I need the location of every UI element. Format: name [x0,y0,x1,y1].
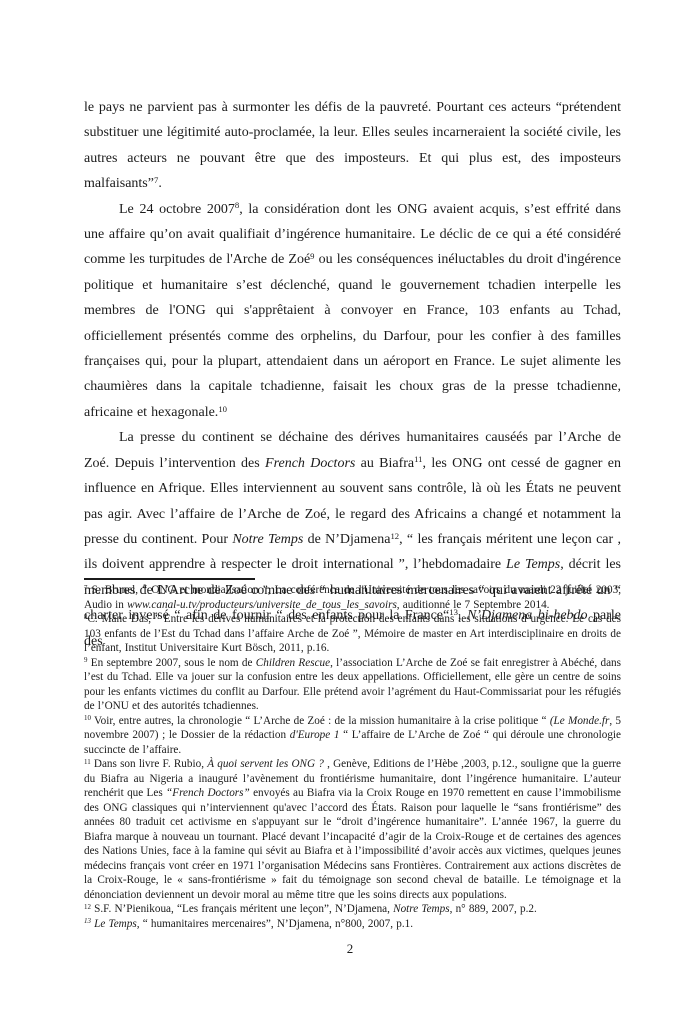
text-run: . [158,176,162,191]
text-run: Notre Temps [393,903,449,915]
footnote-ref: 7 [154,175,158,185]
footnote-ref: 13 [84,917,91,925]
footnote-7: 7 S. Brunel, “ ONG et mondialisation ”, … [84,583,621,612]
text-run: , n° 889, 2007, p.2. [450,903,537,915]
footnote-separator [84,578,255,580]
footnote-ref: 12 [84,903,91,911]
footnote-12: 12 S.F. N’Pienikoua, “Les français mérit… [84,902,621,917]
footnote-9: 9 En septembre 2007, sous le nom de Chil… [84,656,621,714]
text-run: “French Doctors” [166,787,250,799]
text-run: Dans son livre F. Rubio, [91,758,208,770]
footnote-ref: 9 [310,251,314,261]
body-text: le pays ne parvient pas à surmonter les … [84,95,621,654]
text-run: French Doctors [265,456,355,471]
footnote-8: 8C. Mane Das, ” Entre les dérives humani… [84,612,621,656]
text-run: S.F. N’Pienikoua, “Les français méritent… [91,903,393,915]
text-run: le pays ne parvient pas à surmonter les … [84,100,621,191]
text-run: Voir, entre autres, la chronologie “ L’A… [91,715,550,727]
text-run: , auditionné le 7 Septembre 2014. [397,599,550,611]
footnote-ref: 11 [414,454,422,464]
text-run: Notre Temps [232,532,303,547]
footnote-10: 10 Voir, entre autres, la chronologie “ … [84,714,621,758]
text-run: En septembre 2007, sous le nom de [87,657,255,669]
footnotes: 7 S. Brunel, “ ONG et mondialisation ”, … [84,583,621,931]
footnote-ref: 8 [235,200,239,210]
body-paragraph: Le 24 octobre 20078, la considération do… [84,197,621,426]
page-number: 2 [0,941,700,957]
footnote-ref: 11 [84,758,91,766]
text-run: “ humanitaires mercenaires”, N’Djamena, … [140,918,414,930]
footnote-11: 11 Dans son livre F. Rubio, À quoi serve… [84,757,621,902]
text-run: Le Temps [506,557,560,572]
text-run: envoyés au Biafra via la Croix Rouge en … [84,787,621,901]
footnote-13: 13 Le Temps, “ humanitaires mercenaires”… [84,917,621,932]
footnote-ref: 10 [218,404,227,414]
footnote-ref: 8 [84,613,87,621]
text-run: (Le Monde.fr [550,715,610,727]
text-run: Le Temps, [94,918,139,930]
text-run: au Biafra [355,456,414,471]
footnote-ref: 12 [390,531,399,541]
text-run: de N’Djamena [303,532,390,547]
text-run: Le 24 octobre 2007 [119,202,235,217]
footnote-ref: 9 [84,656,87,664]
document-page: le pays ne parvient pas à surmonter les … [0,0,700,1028]
footnote-ref: 10 [84,714,91,722]
text-run: ou les conséquences inéluctables du droi… [84,252,621,419]
text-run: À quoi servent les ONG ? [207,758,324,770]
footnote-ref: 7 [84,584,87,592]
text-run: www.canal-u.tv/producteurs/universite_de… [127,599,397,611]
text-run: C. Mane Das, ” Entre les dérives humanit… [84,613,621,654]
text-run: d'Europe 1 [290,729,340,741]
body-paragraph: le pays ne parvient pas à surmonter les … [84,95,621,197]
text-run: Children Rescue [256,657,330,669]
